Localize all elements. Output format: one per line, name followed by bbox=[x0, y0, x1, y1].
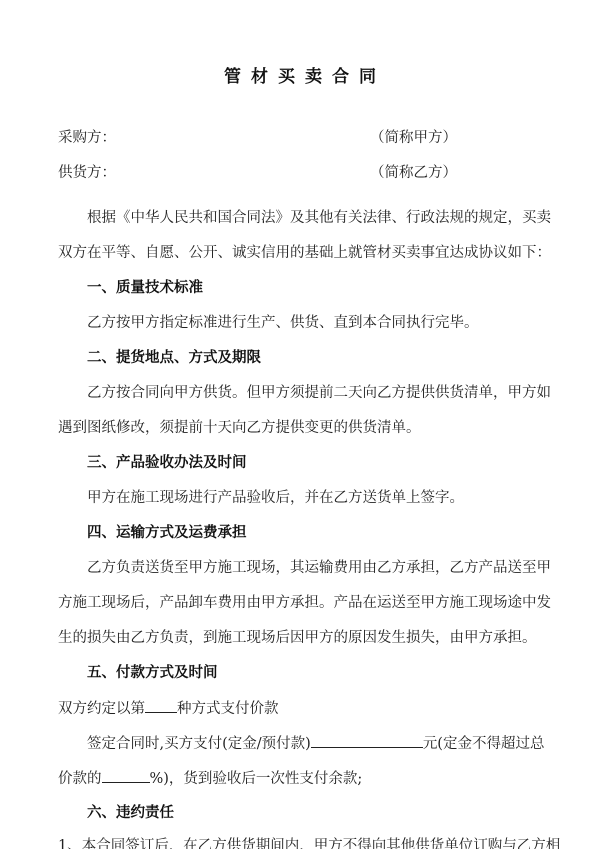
section-6-text-line-1: 1、本合同签订后，在乙方供货期间内，甲方不得向其他供货单位订购与乙方相 bbox=[58, 836, 560, 849]
section-4-heading: 四、运输方式及运费承担 bbox=[87, 523, 247, 543]
section-1-text: 乙方按甲方指定标准进行生产、供货、直到本合同执行完毕。 bbox=[87, 313, 479, 333]
section-5-heading: 五、付款方式及时间 bbox=[87, 663, 218, 683]
deposit-text-after: 元(定金不得超过总 bbox=[423, 736, 545, 752]
section-3-text: 甲方在施工现场进行产品验收后，并在乙方送货单上签字。 bbox=[87, 488, 464, 508]
section-4-text-line-3: 生的损失由乙方负责，到施工现场后因甲方的原因发生损失，由甲方承担。 bbox=[58, 628, 537, 648]
deposit-amount-blank-field[interactable] bbox=[311, 733, 423, 748]
payment-method-text-after: 种方式支付价款 bbox=[177, 701, 279, 717]
buyer-abbreviation: （简称甲方） bbox=[370, 128, 457, 148]
section-2-heading: 二、提货地点、方式及期限 bbox=[87, 348, 261, 368]
section-2-text-line-2: 遇到图纸修改，须提前十天向乙方提供变更的供货清单。 bbox=[58, 418, 421, 438]
deposit-percent-blank-field[interactable] bbox=[102, 768, 150, 783]
deposit-line-2: 价款的%)，货到验收后一次性支付余款; bbox=[58, 768, 362, 789]
section-4-text-line-1: 乙方负责送货至甲方施工现场，其运输费用由乙方承担，乙方产品送至甲 bbox=[87, 558, 551, 578]
buyer-label: 采购方： bbox=[58, 128, 116, 148]
preamble-line-1: 根据《中华人民共和国合同法》及其他有关法律、行政法规的规定，买卖 bbox=[87, 208, 551, 228]
preamble-line-2: 双方在平等、自愿、公开、诚实信用的基础上就管材买卖事宜达成协议如下： bbox=[58, 243, 551, 263]
section-6-heading: 六、违约责任 bbox=[87, 803, 174, 823]
section-4-text-line-2: 方施工现场后，产品卸车费用由甲方承担。产品在运送至甲方施工现场途中发 bbox=[58, 593, 551, 613]
payment-method-line: 双方约定以第种方式支付价款 bbox=[58, 698, 279, 719]
section-3-heading: 三、产品验收办法及时间 bbox=[87, 453, 247, 473]
deposit-text-before: 签定合同时,买方支付(定金/预付款) bbox=[87, 736, 311, 752]
document-title: 管材买卖合同 bbox=[0, 62, 600, 87]
deposit-percent-text-before: 价款的 bbox=[58, 771, 102, 787]
contract-page: 管材买卖合同 采购方： （简称甲方） 供货方： （简称乙方） 根据《中华人民共和… bbox=[0, 0, 600, 849]
section-1-heading: 一、质量技术标准 bbox=[87, 278, 203, 298]
supplier-label: 供货方： bbox=[58, 163, 116, 183]
payment-method-blank-field[interactable] bbox=[145, 698, 177, 713]
deposit-percent-text-after: %)，货到验收后一次性支付余款; bbox=[150, 771, 363, 787]
supplier-abbreviation: （简称乙方） bbox=[370, 163, 457, 183]
section-2-text-line-1: 乙方按合同向甲方供货。但甲方须提前二天向乙方提供供货清单，甲方如 bbox=[87, 383, 551, 403]
payment-method-text-before: 双方约定以第 bbox=[58, 701, 145, 717]
deposit-line-1: 签定合同时,买方支付(定金/预付款)元(定金不得超过总 bbox=[87, 733, 544, 754]
